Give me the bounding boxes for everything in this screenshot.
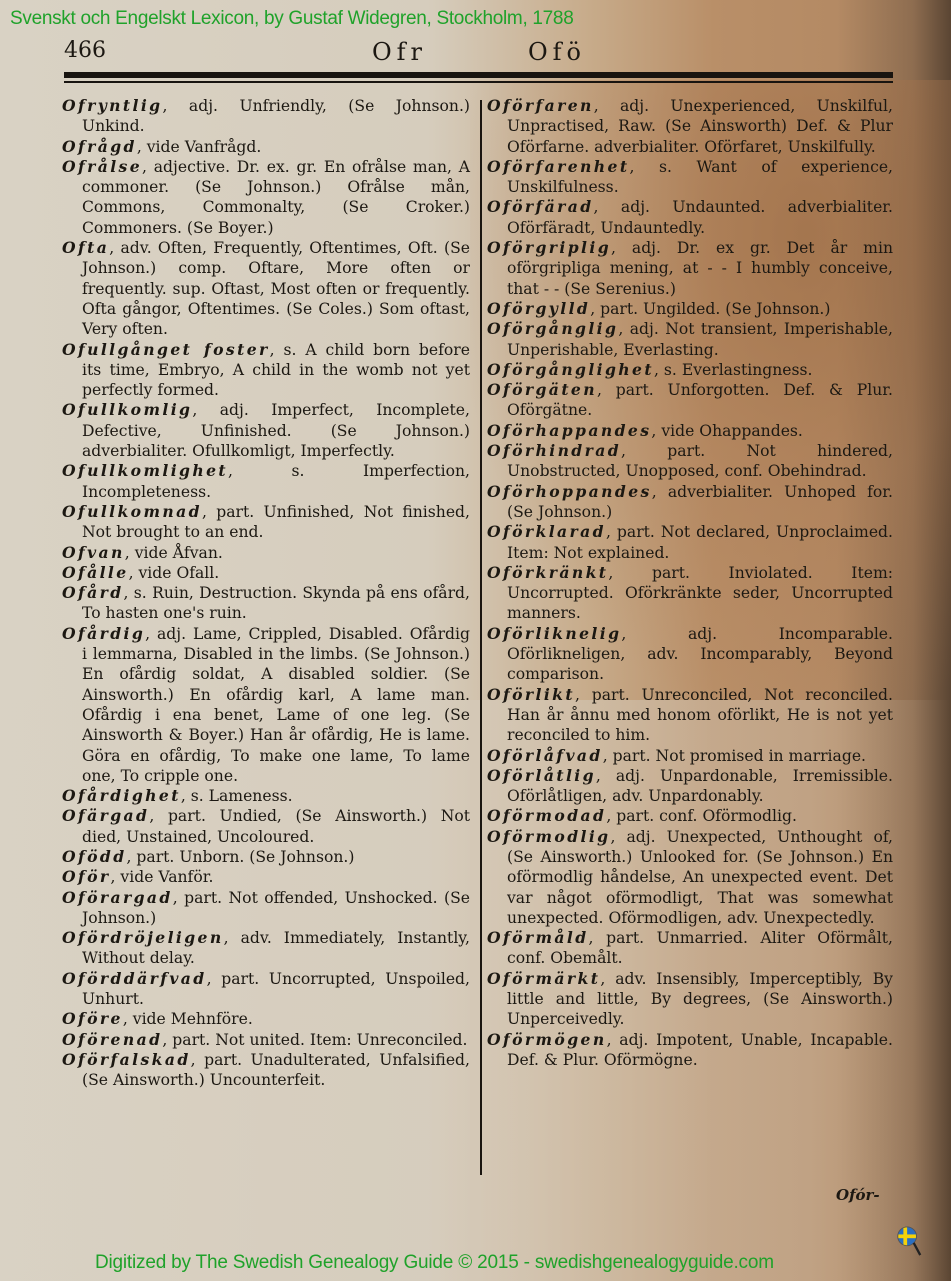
dictionary-entry: Oförliknelig, adj. Incomparable. Oförlik… — [487, 624, 893, 685]
running-head-left: Ofr — [372, 38, 427, 66]
entry-headword: Oförenad — [62, 1030, 162, 1049]
entry-headword: Ofårdighet — [62, 786, 181, 805]
entry-headword: Ofvan — [62, 543, 125, 562]
entry-headword: Oförgriplig — [487, 238, 611, 257]
dictionary-entry: Oför, vide Vanför. — [62, 867, 470, 887]
entry-definition: , s. Everlastingness. — [654, 361, 813, 379]
entry-headword: Ofrågd — [62, 137, 137, 156]
catchword: Ofór- — [836, 1186, 880, 1204]
digitizer-title-banner: Svenskt och Engelskt Lexicon, by Gustaf … — [10, 8, 573, 30]
dictionary-entry: Ofullkomlig, adj. Imperfect, Incomplete,… — [62, 400, 470, 461]
dictionary-entry: Oförfarenhet, s. Want of experience, Uns… — [487, 157, 893, 198]
header-rule — [64, 72, 893, 78]
right-column: Oförfaren, adj. Unexperienced, Unskilful… — [487, 96, 893, 1070]
dictionary-entry: Oförgäten, part. Unforgotten. Def. & Plu… — [487, 380, 893, 421]
dictionary-entry: Ofördröjeligen, adv. Immediately, Instan… — [62, 928, 470, 969]
entry-headword: Oförhappandes — [487, 421, 651, 440]
dictionary-entry: Ofårdighet, s. Lameness. — [62, 786, 470, 806]
entry-headword: Oförgånglighet — [487, 360, 654, 379]
dictionary-entry: Ofärgad, part. Undied, (Se Ainsworth.) N… — [62, 806, 470, 847]
entry-definition: , part. Unborn. (Se Johnson.) — [127, 848, 355, 866]
dictionary-entry: Ofödd, part. Unborn. (Se Johnson.) — [62, 847, 470, 867]
entry-definition: , vide Vanfrågd. — [137, 138, 262, 156]
dictionary-entry: Ofta, adv. Often, Frequently, Oftentimes… — [62, 238, 470, 339]
dictionary-entry: Oförlåfvad, part. Not promised in marria… — [487, 746, 893, 766]
entry-headword: Ofullkomlig — [62, 400, 192, 419]
dictionary-entry: Oförargad, part. Not offended, Unshocked… — [62, 888, 470, 929]
entry-definition: , s. Ruin, Destruction. Skynda på ens of… — [82, 584, 470, 622]
entry-headword: Oförklarad — [487, 522, 606, 541]
entry-headword: Oförhindrad — [487, 441, 621, 460]
entry-headword: Ofullkomlighet — [62, 461, 228, 480]
entry-definition: , part. conf. Oförmodlig. — [606, 807, 797, 825]
dictionary-entry: Oförmodad, part. conf. Oförmodlig. — [487, 806, 893, 826]
entry-headword: Oförlåtlig — [487, 766, 596, 785]
dictionary-entry: Ofrågd, vide Vanfrågd. — [62, 137, 470, 157]
entry-headword: Oförfalskad — [62, 1050, 191, 1069]
dictionary-entry: Ofullkomlighet, s. Imperfection, Incompl… — [62, 461, 470, 502]
entry-headword: Oförhoppandes — [487, 482, 652, 501]
entry-headword: Oförmodad — [487, 806, 606, 825]
dictionary-entry: Oförfaren, adj. Unexperienced, Unskilful… — [487, 96, 893, 157]
entry-definition: , vide Ohappandes. — [651, 422, 802, 440]
entry-headword: Oförlåfvad — [487, 746, 603, 765]
entry-headword: Oförfaren — [487, 96, 594, 115]
left-column: Ofryntlig, adj. Unfriendly, (Se Johnson.… — [62, 96, 470, 1091]
entry-headword: Ofullgånget foster — [62, 340, 270, 359]
entry-headword: Oförgånglig — [487, 319, 618, 338]
dictionary-entry: Oföre, vide Mehnföre. — [62, 1009, 470, 1029]
entry-headword: Oföre — [62, 1009, 123, 1028]
entry-definition: , vide Ofall. — [129, 564, 220, 582]
entry-headword: Ofryntlig — [62, 96, 162, 115]
dictionary-entry: Oförmögen, adj. Impotent, Unable, Incapa… — [487, 1030, 893, 1071]
entry-headword: Oförmärkt — [487, 969, 600, 988]
entry-headword: Ofördröjeligen — [62, 928, 224, 947]
entry-headword: Oförfärad — [487, 197, 594, 216]
dictionary-entry: Ofullkomnad, part. Unfinished, Not finis… — [62, 502, 470, 543]
entry-definition: , part. Not promised in marriage. — [603, 747, 866, 765]
dictionary-entry: Ofårdig, adj. Lame, Crippled, Disabled. … — [62, 624, 470, 786]
entry-headword: Ofta — [62, 238, 109, 257]
dictionary-entry: Oförfalskad, part. Unadulterated, Unfals… — [62, 1050, 470, 1091]
entry-headword: Ofrålse — [62, 157, 142, 176]
running-head-right: Ofö — [528, 38, 586, 66]
page-number: 466 — [64, 38, 106, 63]
entry-headword: Oför — [62, 867, 111, 886]
dictionary-entry: Ofård, s. Ruin, Destruction. Skynda på e… — [62, 583, 470, 624]
entry-headword: Oförmåld — [487, 928, 589, 947]
swedish-flag-magnifier-icon — [896, 1226, 922, 1256]
entry-headword: Ofullkomnad — [62, 502, 202, 521]
dictionary-entry: Oförgånglighet, s. Everlastingness. — [487, 360, 893, 380]
dictionary-entry: Oförgriplig, adj. Dr. ex gr. Det år min … — [487, 238, 893, 299]
dictionary-entry: Oförddärfvad, part. Uncorrupted, Unspoil… — [62, 969, 470, 1010]
dictionary-entry: Oförlikt, part. Unreconciled, Not reconc… — [487, 685, 893, 746]
entry-headword: Oförgäten — [487, 380, 597, 399]
dictionary-entry: Oförgylld, part. Ungilded. (Se Johnson.) — [487, 299, 893, 319]
dictionary-entry: Ofullgånget foster, s. A child born befo… — [62, 340, 470, 401]
entry-headword: Oförddärfvad — [62, 969, 207, 988]
dictionary-entry: Oförmärkt, adv. Insensibly, Imperceptibl… — [487, 969, 893, 1030]
entry-headword: Oförmögen — [487, 1030, 607, 1049]
dictionary-entry: Ofrålse, adjective. Dr. ex. gr. En ofrål… — [62, 157, 470, 238]
entry-headword: Ofårdig — [62, 624, 145, 643]
dictionary-entry: Oförlåtlig, adj. Unpardonable, Irremissi… — [487, 766, 893, 807]
entry-headword: Oförliknelig — [487, 624, 621, 643]
column-divider — [480, 100, 482, 1175]
entry-definition: , adj. Lame, Crippled, Disabled. Ofårdig… — [82, 625, 470, 785]
dictionary-entry: Oförhindrad, part. Not hindered, Unobstr… — [487, 441, 893, 482]
entry-headword: Oförgylld — [487, 299, 590, 318]
dictionary-entry: Oförenad, part. Not united. Item: Unreco… — [62, 1030, 470, 1050]
dictionary-entry: Ofvan, vide Åfvan. — [62, 543, 470, 563]
entry-headword: Oförmodlig — [487, 827, 610, 846]
dictionary-entry: Oförkränkt, part. Inviolated. Item: Unco… — [487, 563, 893, 624]
entry-definition: , vide Åfvan. — [125, 544, 223, 562]
entry-headword: Ofård — [62, 583, 124, 602]
entry-headword: Oförkränkt — [487, 563, 608, 582]
dictionary-entry: Oförgånglig, adj. Not transient, Imperis… — [487, 319, 893, 360]
dictionary-entry: Ofålle, vide Ofall. — [62, 563, 470, 583]
entry-headword: Oförlikt — [487, 685, 575, 704]
entry-definition: , s. Lameness. — [181, 787, 293, 805]
dictionary-entry: Oförhappandes, vide Ohappandes. — [487, 421, 893, 441]
header-rule-thin — [64, 81, 893, 83]
entry-definition: , part. Not united. Item: Unreconciled. — [162, 1031, 467, 1049]
entry-headword: Oförfarenhet — [487, 157, 629, 176]
dictionary-entry: Oförklarad, part. Not declared, Unprocla… — [487, 522, 893, 563]
digitizer-credit-banner: Digitized by The Swedish Genealogy Guide… — [95, 1252, 774, 1274]
entry-definition: , vide Mehnföre. — [123, 1010, 253, 1028]
entry-definition: , part. Ungilded. (Se Johnson.) — [590, 300, 830, 318]
entry-headword: Ofärgad — [62, 806, 149, 825]
entry-headword: Ofålle — [62, 563, 129, 582]
dictionary-entry: Oförmodlig, adj. Unexpected, Unthought o… — [487, 827, 893, 928]
dictionary-entry: Oförfärad, adj. Undaunted. adverbialiter… — [487, 197, 893, 238]
entry-definition: , adv. Often, Frequently, Oftentimes, Of… — [82, 239, 470, 338]
dictionary-entry: Oförhoppandes, adverbialiter. Unhoped fo… — [487, 482, 893, 523]
entry-headword: Oförargad — [62, 888, 173, 907]
entry-definition: , vide Vanför. — [111, 868, 214, 886]
dictionary-entry: Oförmåld, part. Unmarried. Aliter Oförmå… — [487, 928, 893, 969]
dictionary-entry: Ofryntlig, adj. Unfriendly, (Se Johnson.… — [62, 96, 470, 137]
entry-headword: Ofödd — [62, 847, 127, 866]
